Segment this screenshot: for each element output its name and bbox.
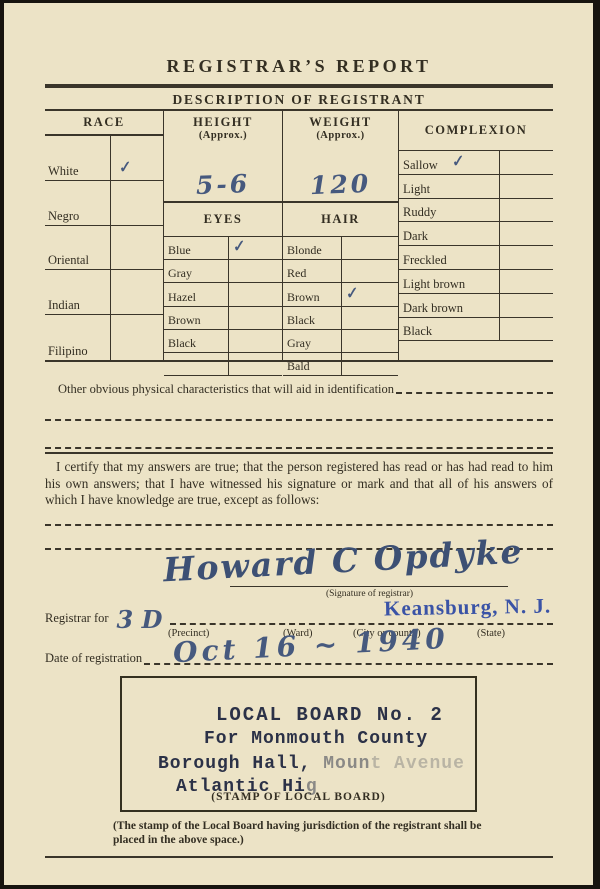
eyes-check-cell <box>229 353 282 376</box>
complexion-option-dark-brown: Dark brown <box>399 294 499 318</box>
race-header: RACE <box>45 111 163 136</box>
complexion-check-cell <box>500 175 553 199</box>
local-board-stamp-box: LOCAL BOARD No. 2 For Monmouth County Bo… <box>120 676 477 812</box>
race-option-negro: Negro <box>45 181 110 226</box>
complexion-check-cell <box>500 294 553 318</box>
weight-value: 120 <box>309 171 371 202</box>
hair-option-blonde: Blonde <box>283 237 341 260</box>
town-stamp: Keansburg, N. J. <box>384 593 552 621</box>
hair-check-cell <box>342 330 398 353</box>
dashed-write-line <box>45 447 553 449</box>
complexion-option-dark: Dark <box>399 222 499 246</box>
section-title: DESCRIPTION OF REGISTRANT <box>45 91 553 108</box>
dashed-write-line <box>45 419 553 421</box>
registrar-signature: Howard C Opdyke <box>162 534 524 586</box>
eyes-option-brown: Brown <box>164 307 228 330</box>
race-check-cell <box>111 270 163 315</box>
hair-option-brown: Brown <box>283 283 341 306</box>
other-characteristics-line: Other obvious physical characteristics t… <box>45 381 553 397</box>
bottom-rule <box>45 856 553 858</box>
other-characteristics-label: Other obvious physical characteristics t… <box>45 381 394 397</box>
registrar-report-card: REGISTRAR’S REPORT DESCRIPTION OF REGIST… <box>0 0 600 889</box>
eyes-option-hazel: Hazel <box>164 283 228 306</box>
signature-line <box>230 586 508 587</box>
weight-header: WEIGHT (Approx.) <box>283 111 398 147</box>
race-check-cell: ✓ <box>111 136 163 181</box>
eyes-option-black: Black <box>164 330 228 353</box>
height-eyes-column: HEIGHT (Approx.) 5-6 EYES Blue Gray Haze… <box>163 111 282 360</box>
complexion-option-light-brown: Light brown <box>399 270 499 294</box>
dashed-fill-line <box>170 623 553 625</box>
description-table: RACE White Negro Oriental Indian Filipin… <box>45 109 553 362</box>
complexion-column: COMPLEXION Sallow✓ Light Ruddy Dark Frec… <box>398 111 553 360</box>
hair-option-black: Black <box>283 307 341 330</box>
weight-hair-column: WEIGHT (Approx.) 120 HAIR Blonde Red Bro… <box>282 111 398 360</box>
registrar-for-label: Registrar for <box>45 611 109 628</box>
race-option-filipino: Filipino <box>45 315 110 360</box>
board-stamp-line2: For Monmouth County <box>204 729 428 749</box>
hair-check-cell: ✓ <box>342 283 398 306</box>
complexion-check-cell <box>500 246 553 270</box>
dashed-write-line <box>45 524 553 526</box>
date-of-registration-line: Date of registration Oct 16 ~ 1940 <box>45 646 553 668</box>
eyes-check-cell <box>229 283 282 306</box>
footnote-text: (The stamp of the Local Board having jur… <box>113 819 495 848</box>
complexion-check-cell <box>500 199 553 223</box>
eyes-option-blue: Blue <box>164 237 228 260</box>
eyes-header: EYES <box>164 203 282 237</box>
eyes-option-blank <box>164 353 228 376</box>
complexion-check-cell <box>500 318 553 342</box>
eyes-option-gray: Gray <box>164 260 228 283</box>
checkmark-icon: ✓ <box>346 285 359 302</box>
complexion-check-cell <box>500 222 553 246</box>
eyes-check-cell: ✓ <box>229 237 282 260</box>
hair-check-cell <box>342 307 398 330</box>
state-caption: (State) <box>477 628 505 639</box>
board-stamp-line1: LOCAL BOARD No. 2 <box>216 704 444 726</box>
hair-option-bald: Bald <box>283 353 341 376</box>
race-check-cell <box>111 226 163 271</box>
race-option-indian: Indian <box>45 270 110 315</box>
height-value-cell: 5-6 <box>164 147 282 203</box>
page-title: REGISTRAR’S REPORT <box>45 53 553 79</box>
complexion-check-cell <box>500 270 553 294</box>
checkmark-icon: ✓ <box>452 154 465 171</box>
date-label: Date of registration <box>45 651 142 668</box>
height-value: 5-6 <box>195 171 250 202</box>
eyes-check-cell <box>229 307 282 330</box>
hair-option-red: Red <box>283 260 341 283</box>
title-divider <box>45 84 553 88</box>
race-check-cell <box>111 315 163 360</box>
race-option-oriental: Oriental <box>45 226 110 271</box>
eyes-check-cell <box>229 260 282 283</box>
complexion-option-freckled: Freckled <box>399 246 499 270</box>
race-column: RACE White Negro Oriental Indian Filipin… <box>45 111 163 360</box>
race-check-cell <box>111 181 163 226</box>
checkmark-icon: ✓ <box>119 160 132 177</box>
complexion-option-ruddy: Ruddy <box>399 199 499 223</box>
board-stamp-line3: Borough Hall, Mount Avenue <box>158 754 465 774</box>
eyes-check-cell <box>229 330 282 353</box>
certification-text: I certify that my answers are true; that… <box>45 459 553 509</box>
section-divider <box>45 452 553 454</box>
signature-block: Howard C Opdyke (Signature of registrar)… <box>45 550 553 604</box>
race-option-white: White <box>45 136 110 181</box>
complexion-option-black: Black <box>399 318 499 342</box>
hair-check-cell <box>342 237 398 260</box>
hair-option-gray: Gray <box>283 330 341 353</box>
height-header: HEIGHT (Approx.) <box>164 111 282 147</box>
complexion-header: COMPLEXION <box>399 111 553 151</box>
weight-value-cell: 120 <box>283 147 398 203</box>
hair-check-cell <box>342 353 398 376</box>
hair-header: HAIR <box>283 203 398 237</box>
stamp-box-caption: (STAMP OF LOCAL BOARD) <box>122 791 475 803</box>
hair-check-cell <box>342 260 398 283</box>
complexion-option-light: Light <box>399 175 499 199</box>
complexion-check-cell <box>500 151 553 175</box>
dashed-fill-line <box>396 392 553 394</box>
checkmark-icon: ✓ <box>233 239 246 256</box>
complexion-option-sallow: Sallow✓ <box>399 151 499 175</box>
